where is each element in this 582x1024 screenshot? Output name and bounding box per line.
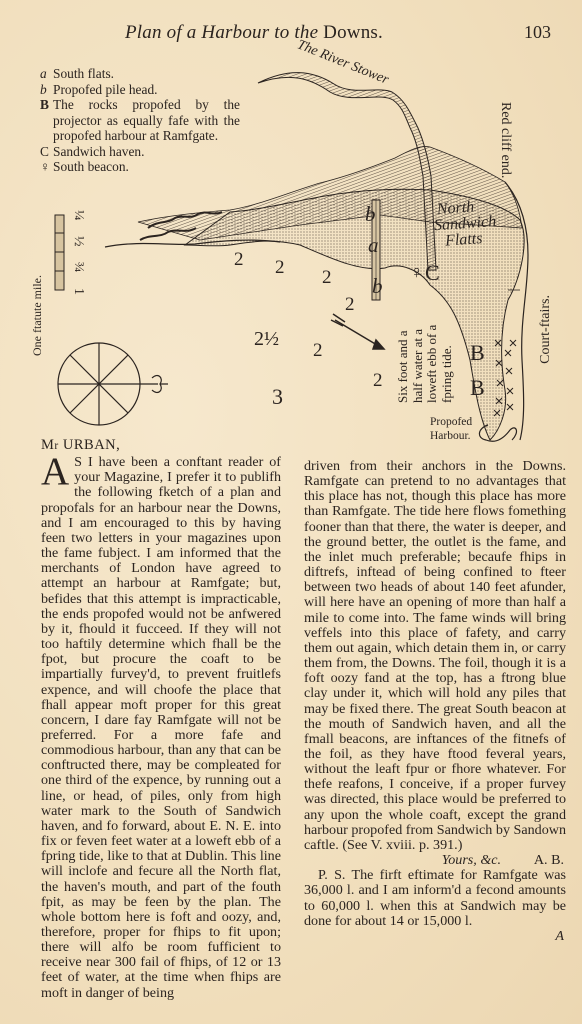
legend-item: C Sandwich haven. [40, 144, 240, 160]
sounding: 2 [322, 267, 332, 289]
document-page: Plan of a Harbour to the Downs. 103 [0, 0, 582, 1024]
legend-text: South flats. [53, 66, 240, 82]
legend-text: Propofed pile head. [53, 82, 240, 98]
legend-key: b [40, 82, 53, 98]
running-title-italic: Plan of a Harbour to the [125, 22, 318, 43]
scale-label: One ftatute mile. [30, 275, 45, 356]
label-a-south-flats: a [368, 233, 379, 258]
legend-text: Sandwich haven. [53, 144, 240, 160]
letter-right-column: driven from their anchors in the Downs. … [304, 459, 566, 944]
map-legend: a South flats. b Propofed pile head. B T… [40, 66, 240, 175]
label-b-upper: b [365, 202, 376, 227]
red-cliff-label: Red cliff end. [497, 102, 513, 178]
running-title: Plan of a Harbour to the Downs. [125, 22, 383, 44]
proposed-harbour-label: Propofed Harbour. [430, 415, 472, 443]
postscript: P. S. The firft eftimate for Ramfgate wa… [304, 868, 566, 929]
letter-body-right: driven from their anchors in the Downs. … [304, 459, 566, 853]
sounding: 2 [373, 370, 383, 392]
drop-cap: A [41, 457, 69, 487]
sounding-two-and-half: 2½ [254, 328, 279, 351]
legend-text: South beacon. [53, 159, 240, 175]
sounding: 2 [275, 257, 285, 279]
page-header: Plan of a Harbour to the Downs. 103 [0, 22, 582, 48]
compass-rose [58, 343, 168, 425]
sounding: 2 [234, 249, 244, 271]
legend-item: b Propofed pile head. [40, 82, 240, 98]
north-sandwich-flatts-label: North Sandwich Flatts [436, 198, 497, 250]
label-b-pile-head: b [372, 274, 383, 299]
legend-item: B The rocks propofed by the projector as… [40, 97, 240, 144]
label-c-sandwich-haven: C [425, 260, 440, 286]
legend-text: The rocks propofed by the projector as e… [53, 97, 240, 144]
sounding: 2 [313, 340, 323, 362]
sounding: 2 [345, 294, 355, 316]
legend-key: C [40, 144, 53, 160]
legend-item: a South flats. [40, 66, 240, 82]
label-b-rocks-1: B [470, 340, 485, 366]
catchword: A [304, 929, 566, 944]
letter-left-column: Mr URBAN, AS I have been a conftant read… [41, 438, 281, 1001]
current-arrow [331, 314, 384, 349]
south-beacon-symbol: ♀ [410, 262, 424, 283]
legend-item: ♀ South beacon. [40, 159, 240, 175]
letter-signature: Yours, &c. A. B. [304, 853, 566, 868]
salutation: Mr URBAN, [41, 438, 281, 454]
letter-body-left: AS I have been a conftant reader of your… [41, 455, 281, 1001]
sounding-three: 3 [272, 384, 283, 410]
legend-key: B [40, 97, 53, 144]
scale-ticks: ¼ ½ ¾ 1 [69, 210, 88, 301]
label-b-rocks-2: B [470, 375, 485, 401]
tide-note: Six foot and a half water at a loweft eb… [396, 325, 454, 403]
court-stairs-label: Court-ftairs. [538, 295, 554, 364]
page-number: 103 [524, 22, 551, 43]
legend-key: a [40, 66, 53, 82]
legend-key: ♀ [40, 159, 53, 175]
running-title-roman: Downs. [323, 22, 383, 43]
